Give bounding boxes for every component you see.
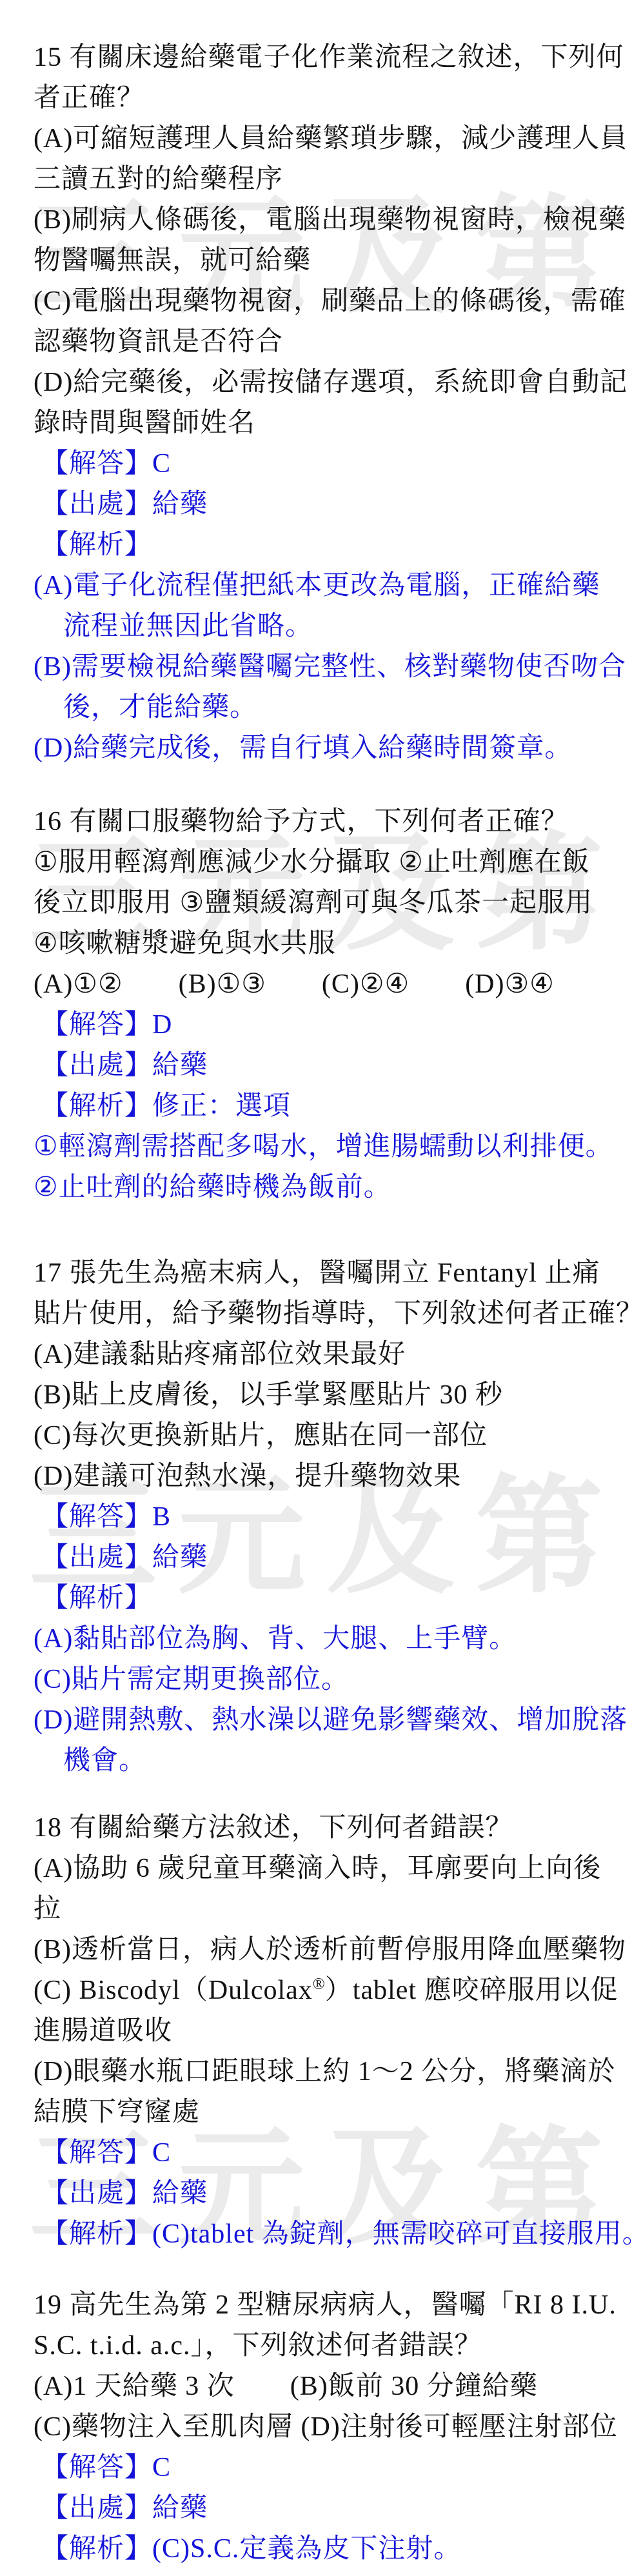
answer-line: 【解答】C xyxy=(34,2448,613,2488)
question-17-block: 17 張先生為癌末病人，醫囑開立 Fentanyl 止痛貼片使用，給予藥物指導時… xyxy=(34,1253,613,1781)
analysis-line: 【解析】(C)S.C.定義為皮下注射。 xyxy=(34,2529,613,2570)
text-line: (A)可縮短護理人員給藥繁瑣步驟，減少護理人員 xyxy=(34,119,613,159)
analysis-line: 【解析】 xyxy=(34,1578,613,1619)
text-line: (C)電腦出現藥物視窗，刷藥品上的條碼後，需確 xyxy=(34,281,613,322)
text-line: (A)協助 6 歲兒童耳藥滴入時，耳廓要向上向後 xyxy=(34,1848,613,1889)
text-line: 物醫囑無誤，就可給藥 xyxy=(34,241,613,281)
analysis-line: 【解析】(C)tablet 為錠劑，無需咬碎可直接服用。 xyxy=(34,2214,613,2255)
text-line: 錄時間與醫師姓名 xyxy=(34,403,613,444)
question-16-block: 16 有關口服藥物給予方式，下列何者正確？①服用輕瀉劑應減少水分攝取 ②止吐劑應… xyxy=(34,802,613,1208)
text-line: (C)貼片需定期更換部位。 xyxy=(34,1660,613,1700)
text-line: 流程並無因此省略。 xyxy=(34,606,613,647)
text-line: 貼片使用，給予藥物指導時，下列敘述何者正確？ xyxy=(34,1294,613,1334)
text-line: (D)避開熱敷、熱水澡以避免影響藥效、增加脫落 xyxy=(34,1700,613,1741)
options-line: (C)藥物注入至肌肉層 (D)注射後可輕壓注射部位 xyxy=(34,2407,613,2448)
option-c-line: (C) Biscodyl（Dulcolax®）tablet 應咬碎服用以促 xyxy=(34,1970,613,2011)
answer-line: 【解答】C xyxy=(34,2133,613,2174)
text-line: 認藥物資訊是否符合 xyxy=(34,322,613,362)
text-segment: ）tablet 應咬碎服用以促 xyxy=(325,1976,618,2005)
text-line: (B)貼上皮膚後，以手掌緊壓貼片 30 秒 xyxy=(34,1375,613,1416)
text-line: 18 有關給藥方法敘述，下列何者錯誤？ xyxy=(34,1808,613,1848)
question-15-block: 15 有關床邊給藥電子化作業流程之敘述，下列何者正確？(A)可縮短護理人員給藥繁… xyxy=(34,37,613,769)
analysis-line: 【解析】修正：選項 xyxy=(34,1086,613,1127)
text-line: 結膜下穹窿處 xyxy=(34,2092,613,2133)
text-line: (A)建議黏貼疼痛部位效果最好 xyxy=(34,1334,613,1375)
question-18-block: 18 有關給藥方法敘述，下列何者錯誤？(A)協助 6 歲兒童耳藥滴入時，耳廓要向… xyxy=(34,1808,613,2255)
text-line: S.C. t.i.d. a.c.」，下列敘述何者錯誤？ xyxy=(34,2326,613,2366)
source-line: 【出處】給藥 xyxy=(34,2488,613,2529)
text-line: ①服用輕瀉劑應減少水分攝取 ②止吐劑應在飯 xyxy=(34,842,613,883)
source-line: 【出處】給藥 xyxy=(34,2174,613,2214)
text-line: 後立即服用 ③鹽類緩瀉劑可與冬瓜茶一起服用 xyxy=(34,883,613,924)
options-line: (A)①② (B)①③ (C)②④ (D)③④ xyxy=(34,964,613,1005)
text-line: ④咳嗽糖漿避免與水共服 xyxy=(34,924,613,964)
text-line: ①輕瀉劑需搭配多喝水，增進腸蠕動以利排便。 xyxy=(34,1127,613,1167)
text-segment: (C) Biscodyl（Dulcolax xyxy=(34,1976,313,2005)
text-line: 拉 xyxy=(34,1889,613,1930)
answer-line: 【解答】B xyxy=(34,1497,613,1538)
text-line: (D)眼藥水瓶口距眼球上約 1～2 公分，將藥滴於 xyxy=(34,2052,613,2092)
text-line: (D)給完藥後，必需按儲存選項，系統即會自動記 xyxy=(34,362,613,403)
answer-line: 【解答】D xyxy=(34,1005,613,1045)
text-line: 三讀五對的給藥程序 xyxy=(34,159,613,200)
text-line: (B)刷病人條碼後，電腦出現藥物視窗時，檢視藥 xyxy=(34,200,613,241)
text-line: (D)給藥完成後，需自行填入給藥時間簽章。 xyxy=(34,728,613,769)
text-line: 19 高先生為第 2 型糖尿病病人，醫囑「RI 8 I.U. xyxy=(34,2285,613,2326)
source-line: 【出處】給藥 xyxy=(34,1045,613,1086)
source-line: 【出處】給藥 xyxy=(34,1538,613,1578)
text-line: (B)需要檢視給藥醫囑完整性、核對藥物使否吻合 xyxy=(34,647,613,688)
text-line: 進腸道吸收 xyxy=(34,2011,613,2052)
question-19-block: 19 高先生為第 2 型糖尿病病人，醫囑「RI 8 I.U.S.C. t.i.d… xyxy=(34,2285,613,2570)
registered-mark: ® xyxy=(313,1976,325,1993)
document-page: { "page": { "background": "#ffffff", "qu… xyxy=(0,0,632,2576)
text-line: 後，才能給藥。 xyxy=(34,688,613,728)
text-line: 機會。 xyxy=(34,1741,613,1781)
text-line: 16 有關口服藥物給予方式，下列何者正確？ xyxy=(34,802,613,842)
text-line: (C)每次更換新貼片，應貼在同一部位 xyxy=(34,1416,613,1456)
text-line: (A)電子化流程僅把紙本更改為電腦，正確給藥 xyxy=(34,566,613,606)
text-line: (A)黏貼部位為胸、背、大腿、上手臂。 xyxy=(34,1619,613,1660)
text-line: 17 張先生為癌末病人，醫囑開立 Fentanyl 止痛 xyxy=(34,1253,613,1294)
text-line: 15 有關床邊給藥電子化作業流程之敘述，下列何 xyxy=(34,37,613,78)
answer-line: 【解答】C xyxy=(34,444,613,484)
text-line: 者正確？ xyxy=(34,78,613,119)
text-line: ②止吐劑的給藥時機為飯前。 xyxy=(34,1167,613,1208)
analysis-line: 【解析】 xyxy=(34,525,613,566)
source-line: 【出處】給藥 xyxy=(34,484,613,525)
options-line: (A)1 天給藥 3 次 (B)飯前 30 分鐘給藥 xyxy=(34,2366,613,2407)
text-line: (D)建議可泡熱水澡，提升藥物效果 xyxy=(34,1456,613,1497)
text-line: (B)透析當日，病人於透析前暫停服用降血壓藥物 xyxy=(34,1930,613,1970)
